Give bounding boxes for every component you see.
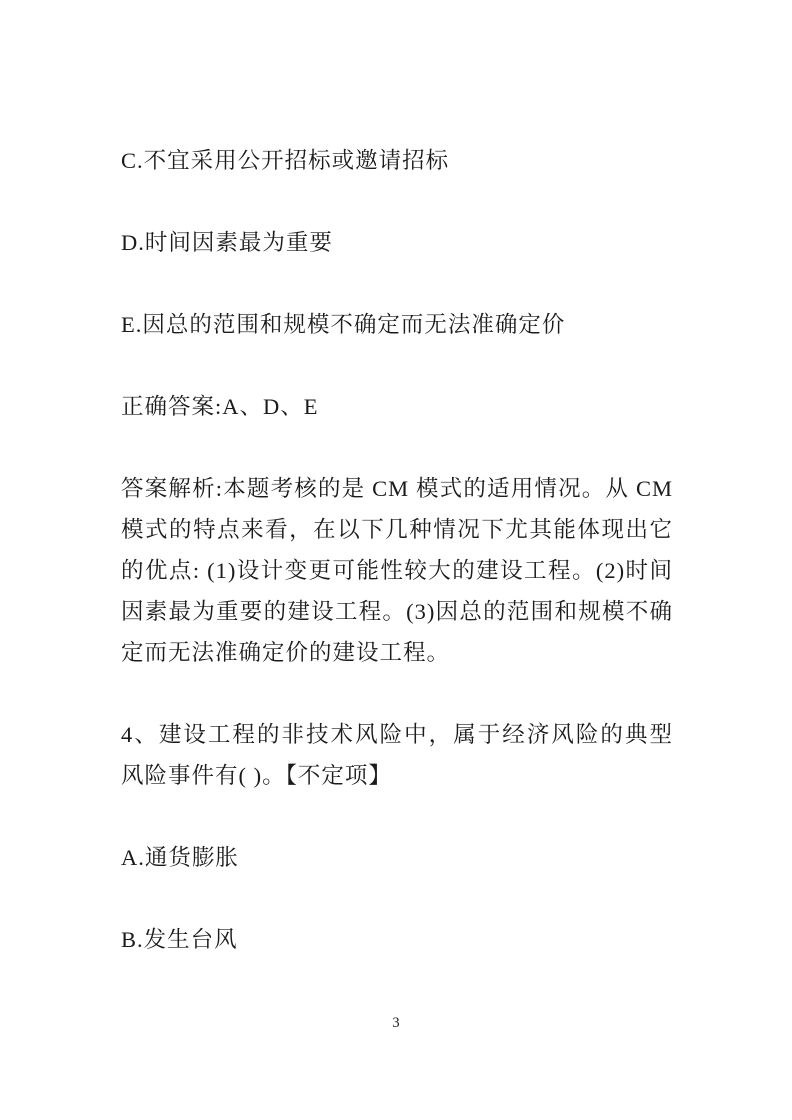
option-a: A.通货膨胀 — [121, 837, 673, 878]
document-content: C.不宜采用公开招标或邀请招标 D.时间因素最为重要 E.因总的范围和规模不确定… — [121, 140, 673, 1001]
question-4-text: 4、建设工程的非技术风险中，属于经济风险的典型风险事件有( )。【不定项】 — [121, 714, 673, 796]
option-d: D.时间因素最为重要 — [121, 222, 673, 263]
correct-answer-line: 正确答案:A、D、E — [121, 386, 673, 427]
option-e: E.因总的范围和规模不确定而无法准确定价 — [121, 304, 673, 345]
document-page: C.不宜采用公开招标或邀请招标 D.时间因素最为重要 E.因总的范围和规模不确定… — [0, 0, 792, 1120]
option-b: B.发生台风 — [121, 919, 673, 960]
page-number: 3 — [0, 1013, 792, 1033]
answer-analysis-paragraph: 答案解析:本题考核的是 CM 模式的适用情况。从 CM 模式的特点来看，在以下几… — [121, 468, 673, 673]
option-c: C.不宜采用公开招标或邀请招标 — [121, 140, 673, 181]
